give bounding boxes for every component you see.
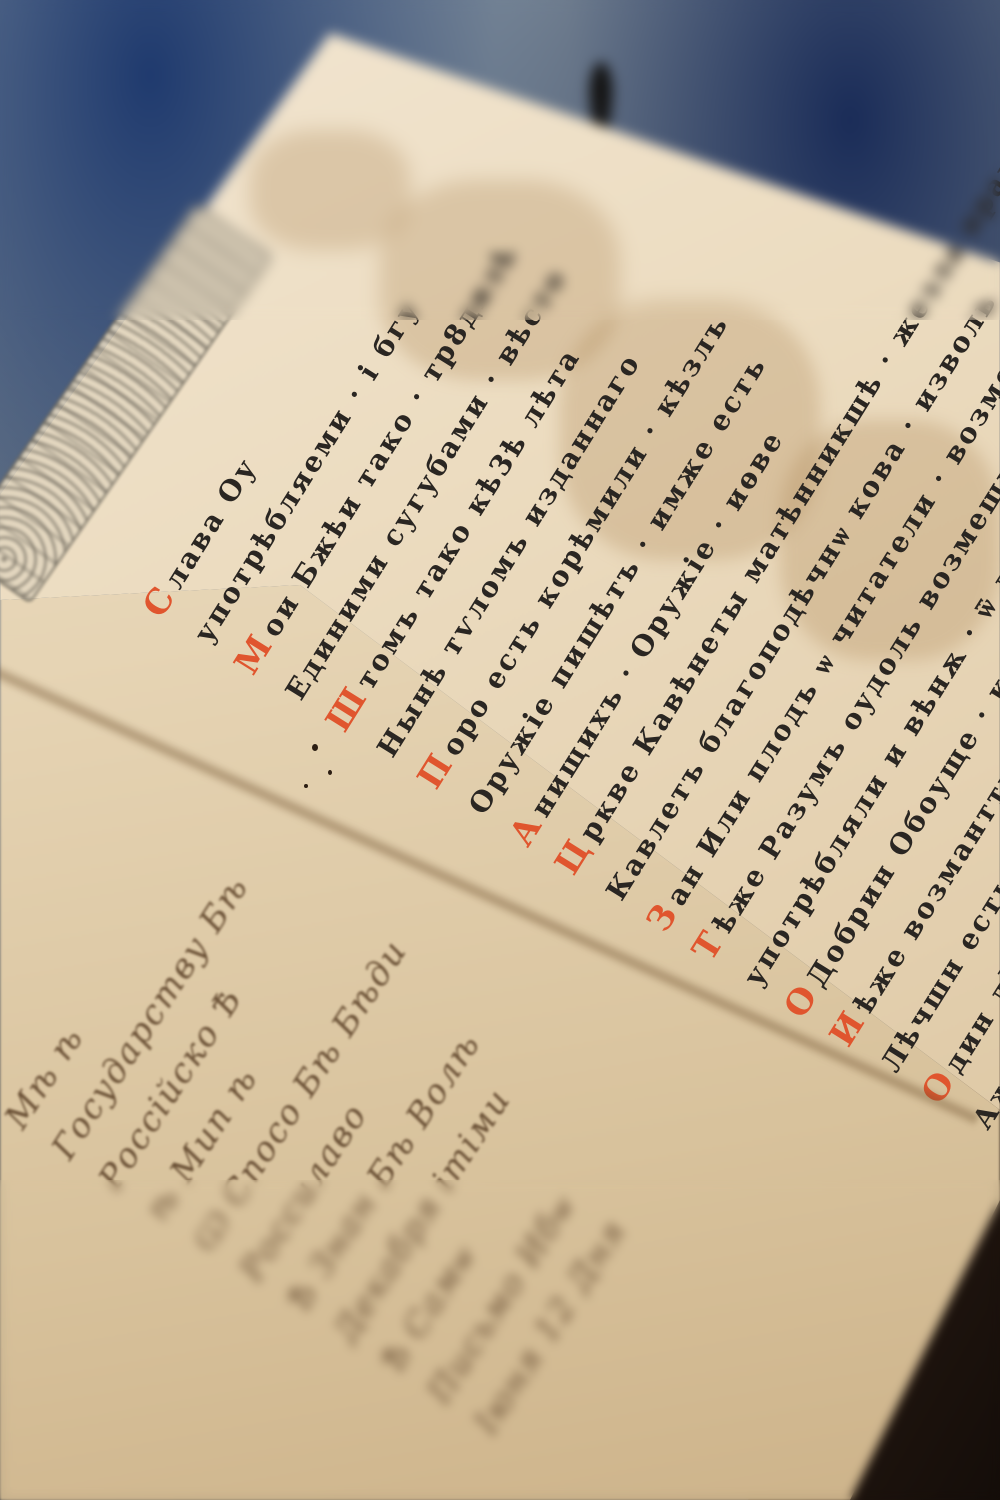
worm-hole: [304, 784, 308, 788]
worm-hole: [328, 770, 332, 775]
worm-hole: [312, 744, 318, 751]
